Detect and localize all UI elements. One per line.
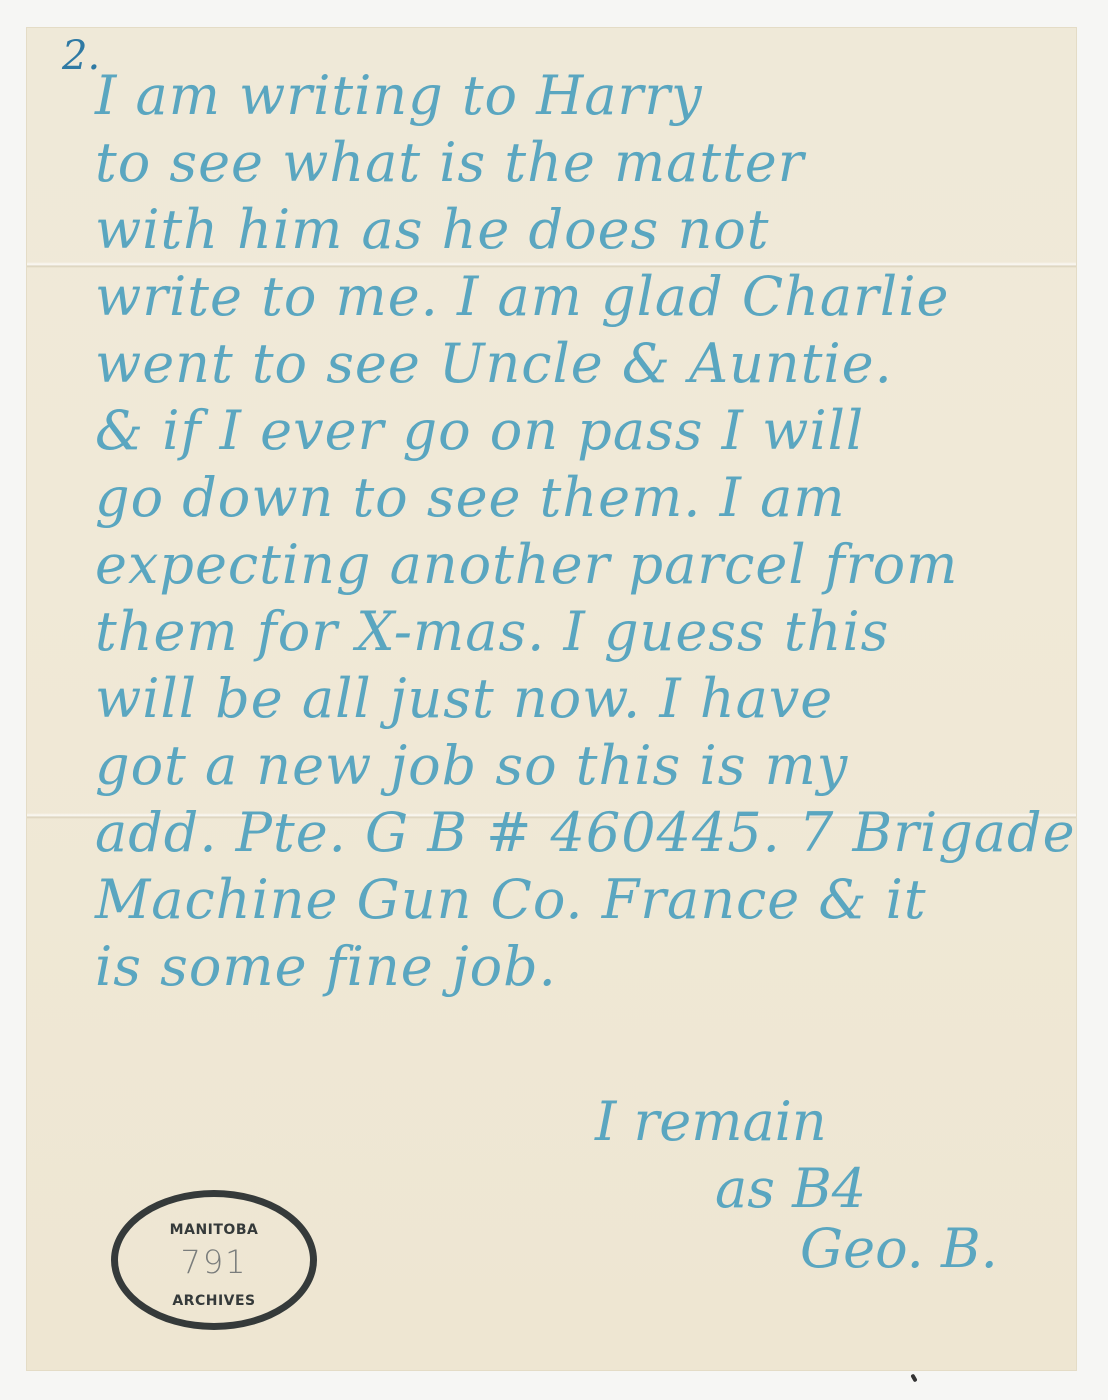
stamp-top-text: MANITOBA xyxy=(118,1222,310,1238)
closing-as-before: as B4 xyxy=(715,1162,866,1216)
scan-speck xyxy=(910,1374,917,1383)
signature: Geo. B. xyxy=(800,1222,998,1276)
letter-line: them for X-mas. I guess this xyxy=(95,598,1055,665)
letter-line: expecting another parcel from xyxy=(95,531,1055,598)
letter-line: Machine Gun Co. France & it xyxy=(95,866,1055,933)
stamp-number: 791 xyxy=(118,1243,310,1281)
letter-line: is some fine job. xyxy=(95,933,1055,1000)
letter-body: I am writing to Harry to see what is the… xyxy=(95,62,1055,1000)
closing-remain: I remain xyxy=(595,1095,827,1149)
letter-line: write to me. I am glad Charlie xyxy=(95,263,1055,330)
letter-line: will be all just now. I have xyxy=(95,665,1055,732)
stamp-bottom-text: ARCHIVES xyxy=(118,1293,310,1309)
letter-line: & if I ever go on pass I will xyxy=(95,397,1055,464)
letter-line: with him as he does not xyxy=(95,196,1055,263)
letter-line: went to see Uncle & Auntie. xyxy=(95,330,1055,397)
letter-line: to see what is the matter xyxy=(95,129,1055,196)
letter-line: got a new job so this is my xyxy=(95,732,1055,799)
scanned-page: 2. I am writing to Harry to see what is … xyxy=(0,0,1108,1400)
letter-line: go down to see them. I am xyxy=(95,464,1055,531)
archive-stamp: MANITOBA 791 ARCHIVES xyxy=(111,1190,317,1330)
letter-line: add. Pte. G B # 460445. 7 Brigade xyxy=(95,799,1055,866)
letter-line: I am writing to Harry xyxy=(95,62,1055,129)
